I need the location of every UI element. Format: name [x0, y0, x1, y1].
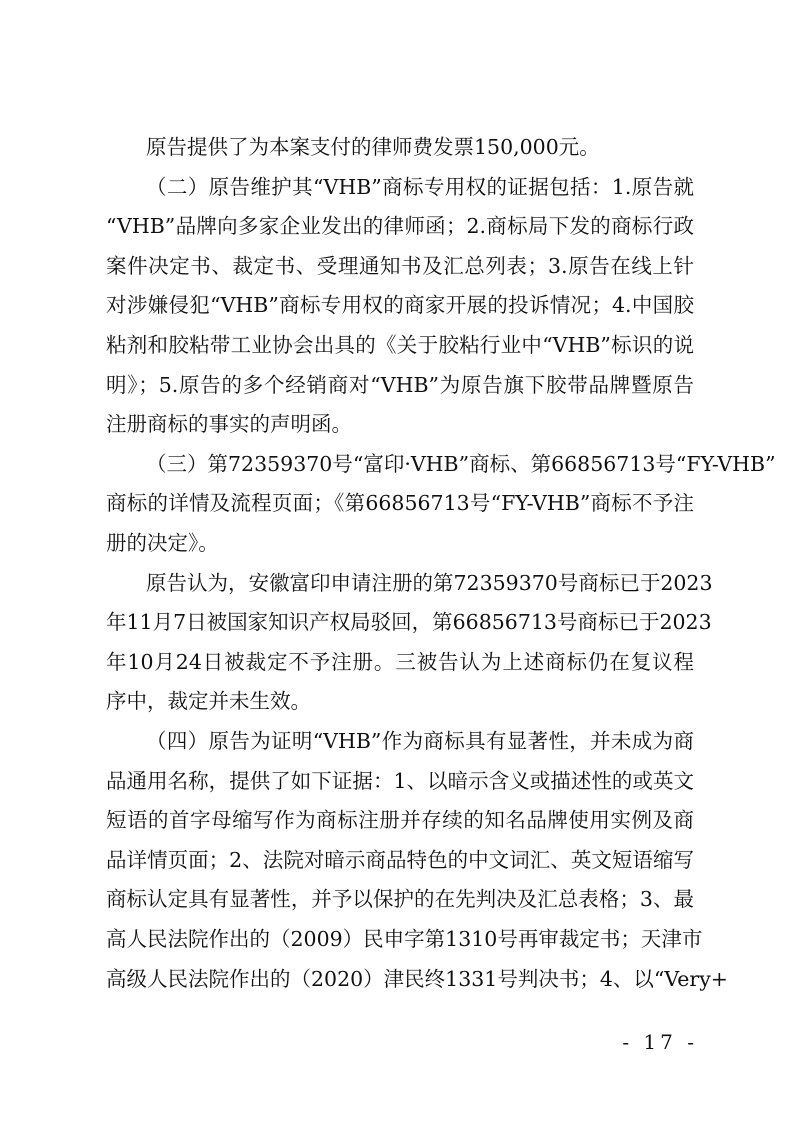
text-line: 案件决定书、裁定书、受理通知书及汇总列表；3.原告在线上针	[106, 251, 694, 281]
text-line: 明》；5.原告的多个经销商对“VHB”为原告旗下胶带品牌暨原告	[106, 370, 694, 400]
text-line: 原告提供了为本案支付的律师费发票150,000元。	[146, 132, 694, 162]
page-number: - 17 -	[622, 1030, 698, 1054]
text-line: 年10月24日被裁定不予注册。三被告认为上述商标仍在复议程	[106, 647, 694, 677]
text-line: 高人民法院作出的（2009）民申字第1310号再审裁定书；天津市	[106, 924, 694, 954]
text-line: （四）原告为证明“VHB”作为商标具有显著性，并未成为商	[146, 726, 694, 756]
text-line: （三）第72359370号“富印·VHB”商标、第66856713号“FY-VH…	[146, 449, 694, 479]
text-line: 注册商标的事实的声明函。	[106, 409, 694, 439]
text-line: 册的决定》。	[106, 528, 694, 558]
text-line: 短语的首字母缩写作为商标注册并存续的知名品牌使用实例及商	[106, 805, 694, 835]
text-line: 年11月7日被国家知识产权局驳回，第66856713号商标已于2023	[106, 607, 694, 637]
text-line: （二）原告维护其“VHB”商标专用权的证据包括：1.原告就	[146, 172, 694, 202]
text-line: “VHB”品牌向多家企业发出的律师函；2.商标局下发的商标行政	[106, 211, 694, 241]
text-line: 高级人民法院作出的（2020）津民终1331号判决书；4、以“Very+	[106, 964, 694, 994]
text-line: 品详情页面；2、法院对暗示商品特色的中文词汇、英文短语缩写	[106, 845, 694, 875]
text-line: 原告认为，安徽富印申请注册的第72359370号商标已于2023	[146, 568, 694, 598]
text-line: 品通用名称，提供了如下证据：1、以暗示含义或描述性的或英文	[106, 766, 694, 796]
text-line: 商标认定具有显著性，并予以保护的在先判决及汇总表格；3、最	[106, 884, 694, 914]
text-line: 序中，裁定并未生效。	[106, 686, 694, 716]
text-line: 粘剂和胶粘带工业协会出具的《关于胶粘行业中“VHB”标识的说	[106, 330, 694, 360]
text-line: 对涉嫌侵犯“VHB”商标专用权的商家开展的投诉情况；4.中国胶	[106, 290, 694, 320]
text-line: 商标的详情及流程页面；《第66856713号“FY-VHB”商标不予注	[106, 488, 694, 518]
document-page: 原告提供了为本案支付的律师费发票150,000元。（二）原告维护其“VHB”商标…	[0, 0, 794, 1123]
